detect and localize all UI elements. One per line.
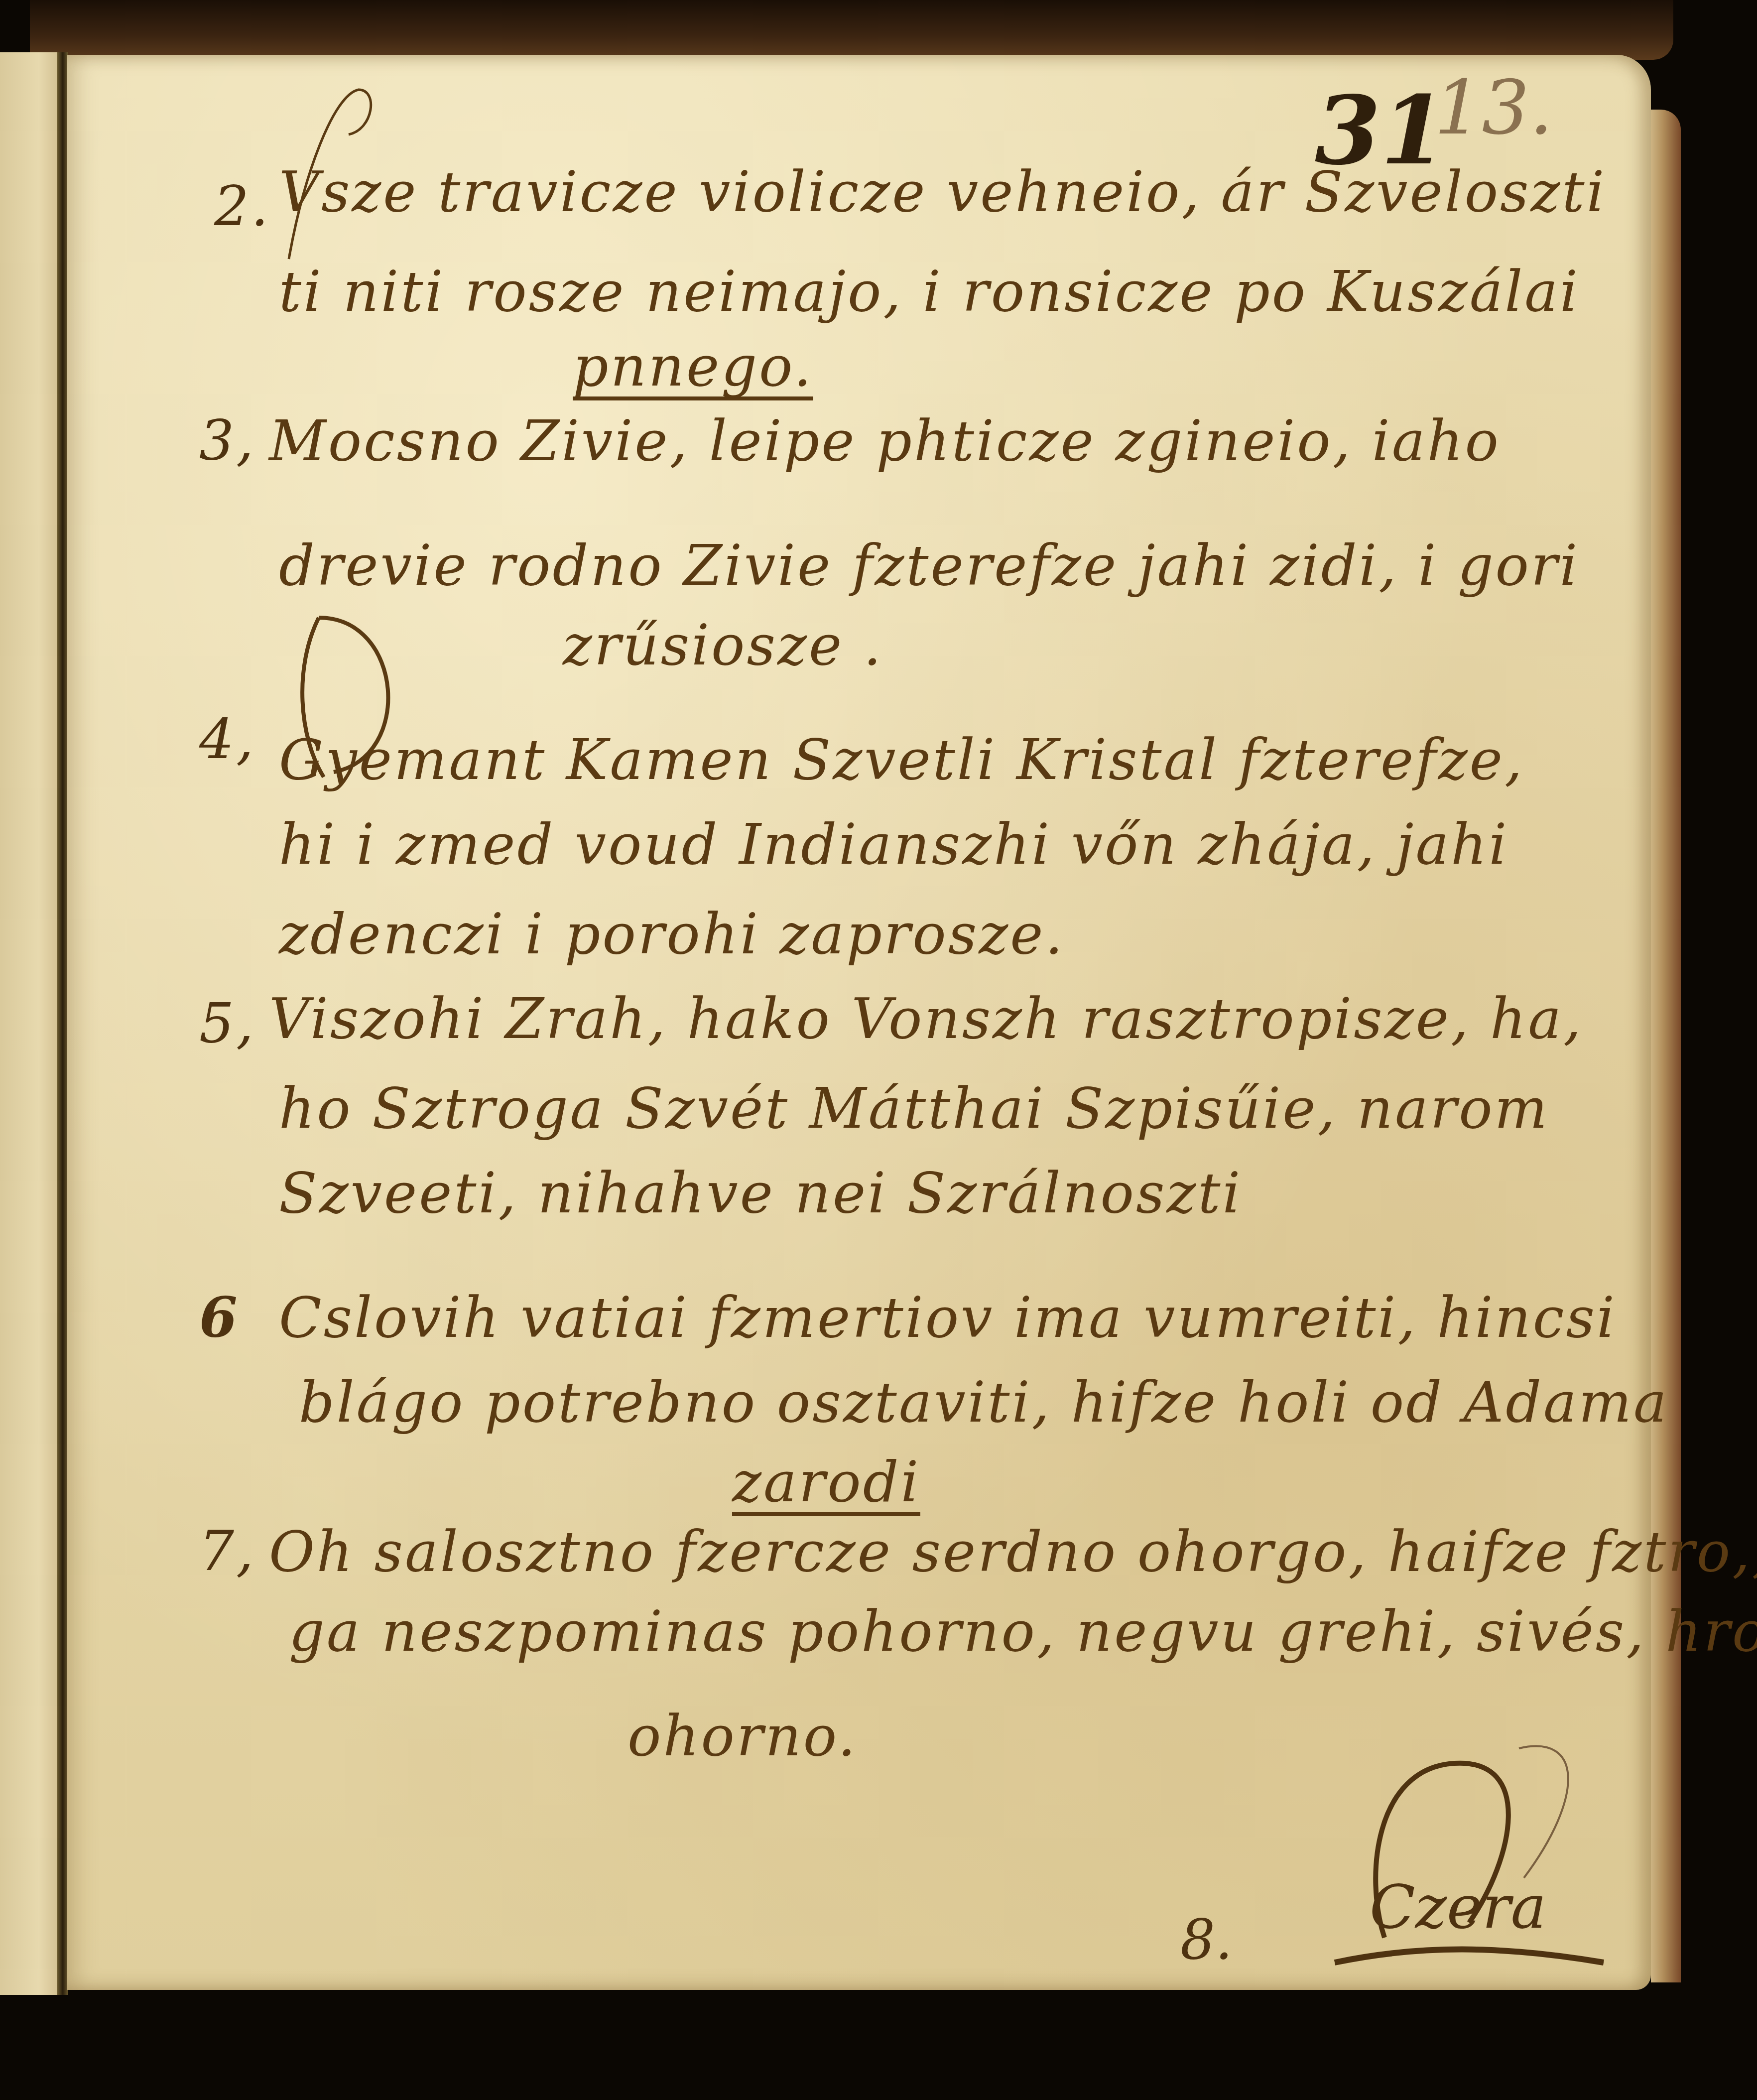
stanza-number: 4,: [199, 707, 255, 771]
stanza-line: ga neszpominas pohorno, negvu grehi, siv…: [289, 1604, 1757, 1660]
stanza-line: Viszohi Zrah, hako Vonszh rasztropisze, …: [269, 991, 1583, 1047]
stanza-line: ho Sztroga Szvét Mátthai Szpisűie, narom: [279, 1081, 1549, 1137]
stanza-line: pnnego.: [573, 339, 813, 400]
book-cover-top: [30, 0, 1673, 60]
stanza-line: zrűsiosze .: [563, 618, 883, 673]
stanza-line: ti niti rosze neimajo, i ronsicze po Kus…: [279, 264, 1580, 320]
folio-number-faint: 13.: [1434, 65, 1553, 151]
stanza-number: 6: [199, 1285, 240, 1349]
stanza-line: drevie rodno Zivie fzterefze jahi zidi, …: [279, 538, 1579, 594]
stanza-line: zdenczi i porohi zaprosze.: [279, 907, 1065, 962]
stanza-line: Gyemant Kamen Szvetli Kristal fzterefze,: [279, 732, 1524, 788]
stanza-line: blágo potrebno osztaviti, hifze holi od …: [299, 1375, 1669, 1431]
catchword: Czera: [1370, 1873, 1546, 1942]
stanza-line: Cslovih vatiai fzmertiov ima vumreiti, h…: [279, 1290, 1617, 1346]
stanza-number: 7,: [199, 1519, 255, 1583]
stanza-number: 2.: [214, 174, 270, 238]
stanza-line: Szveeti, nihahve nei Szrálnoszti: [279, 1166, 1242, 1221]
page-marker: 8.: [1180, 1908, 1233, 1971]
stanza-line: Vsze travicze violicze vehneio, ár Szvel…: [279, 164, 1606, 220]
page-edges: [1651, 110, 1681, 1982]
stanza-line: ohorno.: [627, 1708, 858, 1764]
stanza-number: 3,: [199, 408, 255, 472]
facing-page-edge: [0, 52, 65, 1995]
stanza-number: 5,: [199, 991, 255, 1055]
stanza-line: Mocsno Zivie, leipe phticze zgineio, iah…: [269, 413, 1501, 469]
stanza-line: hi i zmed voud Indianszhi vőn zhája, jah…: [279, 817, 1508, 873]
book-gutter: [57, 52, 68, 1995]
stanza-line: zarodi: [732, 1454, 920, 1516]
stanza-line: Oh salosztno fzercze serdno ohorgo, haif…: [269, 1524, 1757, 1580]
